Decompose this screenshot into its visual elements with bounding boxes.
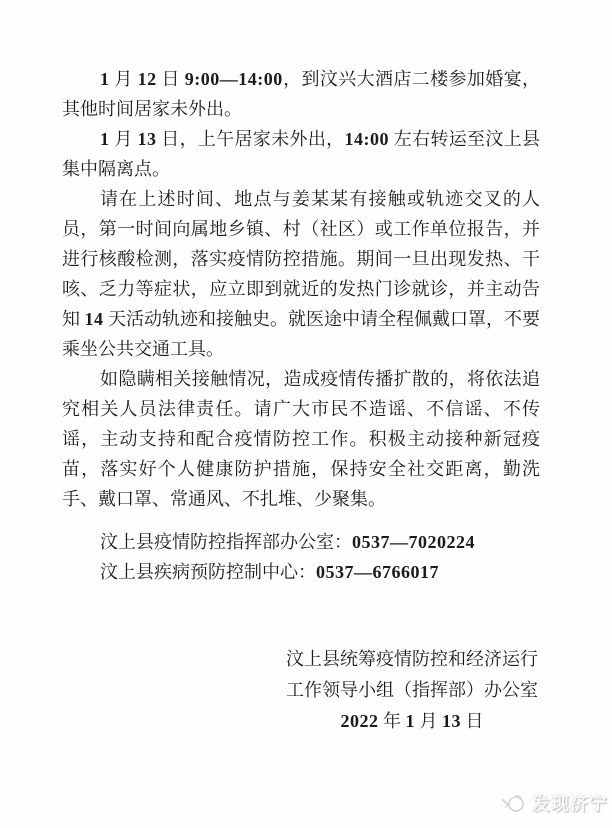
- discover-jining-logo-icon: [501, 791, 527, 815]
- contact-line-cdc: 汶上县疾病预防控制中心：0537—6766017: [62, 557, 540, 587]
- notice-page: 1 月 12 日 9:00—14:00，到汶兴大酒店二楼参加婚宴，其他时间居家未…: [0, 0, 612, 828]
- paragraph-legal-warning: 如隐瞒相关接触情况，造成疫情传播扩散的，将依法追究相关人员法律责任。请广大市民不…: [62, 364, 540, 514]
- paragraph-jan13-transfer: 1 月 13 日，上午居家未外出，14:00 左右转运至汶上县集中隔离点。: [62, 124, 540, 184]
- signature-date: 2022 年 1 月 13 日: [284, 706, 540, 737]
- contact-phone-list: 汶上县疫情防控指挥部办公室：0537—7020224 汶上县疾病预防控制中心：0…: [62, 527, 540, 587]
- paragraph-contact-guidance: 请在上述时间、地点与姜某某有接触或轨迹交叉的人员，第一时间向属地乡镇、村（社区）…: [62, 184, 540, 364]
- notice-body: 1 月 12 日 9:00—14:00，到汶兴大酒店二楼参加婚宴，其他时间居家未…: [62, 64, 540, 737]
- watermark-text: 发现济宁: [532, 790, 608, 816]
- signature-org-line1: 汶上县统筹疫情防控和经济运行: [284, 644, 540, 675]
- watermark: 发现济宁: [501, 790, 608, 816]
- contact-line-command-office: 汶上县疫情防控指挥部办公室：0537—7020224: [62, 527, 540, 557]
- signature-org-line2: 工作领导小组（指挥部）办公室: [284, 675, 540, 706]
- signature-block: 汶上县统筹疫情防控和经济运行 工作领导小组（指挥部）办公室 2022 年 1 月…: [284, 644, 540, 737]
- paragraph-jan12-activity: 1 月 12 日 9:00—14:00，到汶兴大酒店二楼参加婚宴，其他时间居家未…: [62, 64, 540, 124]
